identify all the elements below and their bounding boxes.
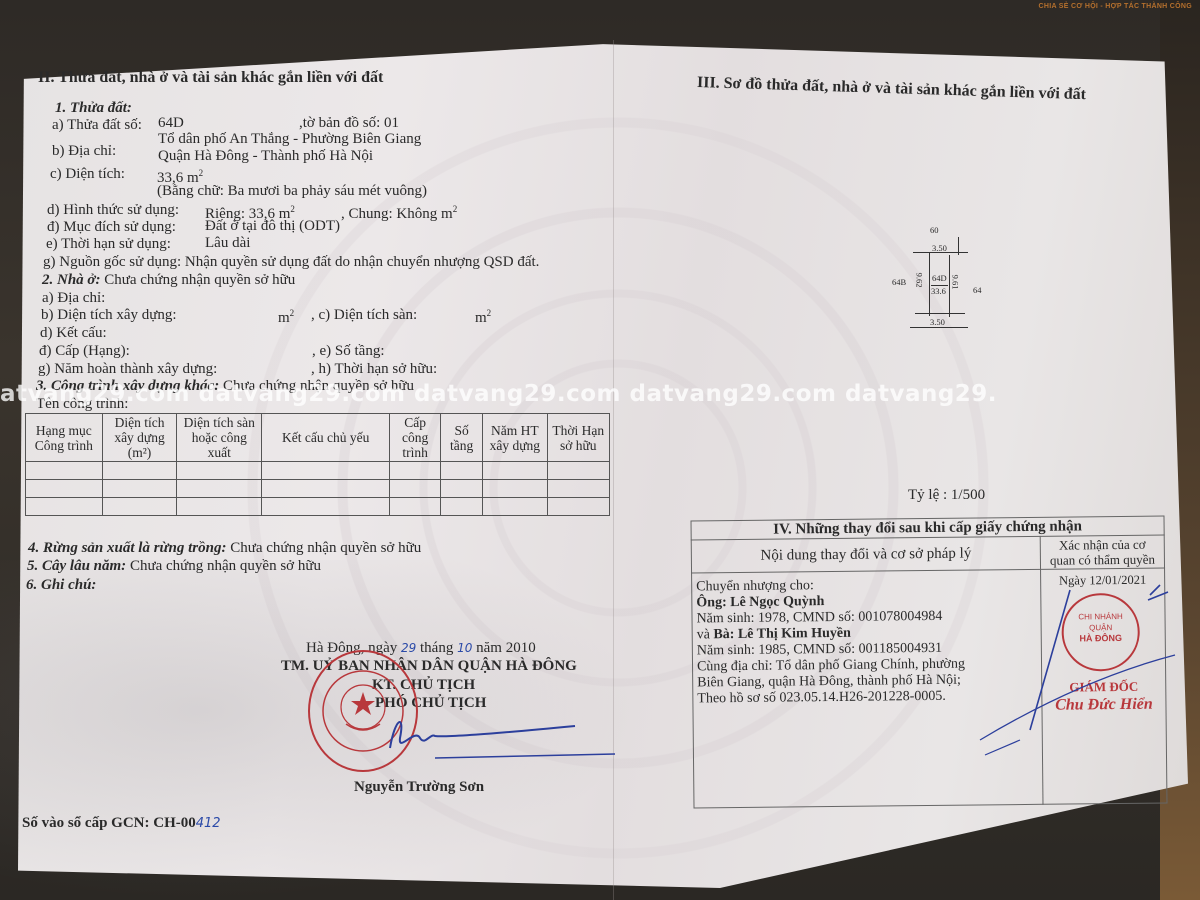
floor-area-unit: m2 xyxy=(475,305,491,327)
usage-shared: , Chung: Không m2 xyxy=(341,201,457,223)
col-authority-confirm: Xác nhận của cơ quan có thẩm quyền xyxy=(1040,535,1164,569)
works-table-cell xyxy=(390,480,441,498)
sketch-parcel-area: 33.6 xyxy=(931,286,946,296)
ownership-term-label: , h) Thời hạn sở hữu: xyxy=(311,361,437,378)
page-fold xyxy=(613,40,614,900)
build-area-label: b) Diện tích xây dựng: xyxy=(41,307,177,324)
house-line: 2. Nhà ở: Chưa chứng nhận quyền sở hữu xyxy=(42,272,295,289)
sketch-left-neighbor: 64B xyxy=(892,277,906,287)
sketch-top-neighbor: 60 xyxy=(930,225,939,235)
sketch-bottom-width: 3.50 xyxy=(930,317,945,327)
term-label: e) Thời hạn sử dụng: xyxy=(46,236,171,253)
registry-number: Số vào sổ cấp GCN: CH-00412 xyxy=(22,815,221,832)
address-label: b) Địa chỉ: xyxy=(52,143,116,160)
col-change-content: Nội dung thay đổi và cơ sở pháp lý xyxy=(691,536,1040,573)
works-table-cell xyxy=(26,462,103,480)
area-label: c) Diện tích: xyxy=(50,166,125,183)
works-table: Hạng mục Công trình Diện tích xây dựng (… xyxy=(25,413,610,516)
col-structure: Kết cấu chủ yếu xyxy=(262,414,390,462)
works-table-cell xyxy=(483,480,547,498)
map-scale: Tỷ lệ : 1/500 xyxy=(908,487,985,504)
forest-line: 4. Rừng sản xuất là rừng trồng: Chưa chứ… xyxy=(28,540,421,557)
section-ii-title: II. Thửa đất, nhà ở và tài sản khác gắn … xyxy=(38,69,383,87)
works-table-row xyxy=(26,480,610,498)
sketch-right-neighbor: 64 xyxy=(973,285,982,295)
col-build-area: Diện tích xây dựng (m²) xyxy=(102,414,177,462)
area-words: (Bằng chữ: Ba mươi ba phảy sáu mét vuông… xyxy=(157,183,427,200)
works-table-cell xyxy=(390,498,441,516)
col-grade: Cấp công trình xyxy=(390,414,441,462)
map-sheet: ,tờ bản đồ số: 01 xyxy=(299,115,399,132)
term-value: Lâu dài xyxy=(205,235,250,252)
col-ownership-term: Thời Hạn sở hữu xyxy=(547,414,609,462)
works-table-cell xyxy=(26,498,103,516)
works-table-cell xyxy=(483,462,547,480)
vice-chair-signature-icon xyxy=(360,708,620,768)
works-table-cell xyxy=(390,462,441,480)
director-signature-icon xyxy=(960,580,1180,760)
structure-label: d) Kết cấu: xyxy=(40,325,107,342)
purpose-label: đ) Mục đích sử dụng: xyxy=(47,219,176,236)
works-table-cell xyxy=(547,498,609,516)
origin-line: g) Nguồn gốc sử dụng: Nhận quyền sử dụng… xyxy=(43,254,539,271)
completion-label: g) Năm hoàn thành xây dựng: xyxy=(38,361,217,378)
usage-form-label: d) Hình thức sử dụng: xyxy=(47,202,179,219)
works-table-cell xyxy=(262,498,390,516)
land-heading: 1. Thửa đất: xyxy=(55,100,132,117)
col-category: Hạng mục Công trình xyxy=(26,414,103,462)
parcel-value: 64D xyxy=(158,115,184,132)
purpose-value: Đất ở tại đô thị (ODT) xyxy=(205,218,340,235)
signer-name: Nguyễn Trường Sơn xyxy=(354,779,484,796)
works-table-cell xyxy=(177,462,262,480)
works-table-cell xyxy=(547,480,609,498)
floor-area-label: , c) Diện tích sàn: xyxy=(311,307,417,324)
address-line2: Quận Hà Đông - Thành phố Hà Nội xyxy=(158,148,373,165)
works-table-row xyxy=(26,462,610,480)
brand-tagline: CHIA SẺ CƠ HỘI - HỢP TÁC THÀNH CÔNG xyxy=(1038,3,1192,10)
watermark-text: atvang29.com datvang29.com datvang29.com… xyxy=(0,381,1200,407)
parcel-label: a) Thửa đất số: xyxy=(52,117,142,134)
works-table-cell xyxy=(177,498,262,516)
col-floors: Số tầng xyxy=(441,414,483,462)
works-table-cell xyxy=(102,480,177,498)
house-address-label: a) Địa chỉ: xyxy=(42,290,105,307)
grade-label: đ) Cấp (Hạng): xyxy=(39,343,130,360)
works-table-header: Hạng mục Công trình Diện tích xây dựng (… xyxy=(26,414,610,462)
works-table-cell xyxy=(483,498,547,516)
works-table-cell xyxy=(26,480,103,498)
sketch-right-length: 9.61 xyxy=(950,275,960,290)
sketch-parcel-id: 64D xyxy=(932,273,947,283)
works-table-cell xyxy=(441,462,483,480)
works-table-cell xyxy=(441,480,483,498)
works-table-cell xyxy=(102,498,177,516)
build-area-unit: m2 xyxy=(278,305,294,327)
col-completion: Năm HT xây dựng xyxy=(483,414,547,462)
perennial-line: 5. Cây lâu năm: Chưa chứng nhận quyền sở… xyxy=(27,558,321,575)
works-table-row xyxy=(26,498,610,516)
notes-heading: 6. Ghi chú: xyxy=(26,577,96,594)
works-table-cell xyxy=(441,498,483,516)
col-floor-area: Diện tích sàn hoặc công xuất xyxy=(177,414,262,462)
works-table-cell xyxy=(102,462,177,480)
works-table-cell xyxy=(177,480,262,498)
address-line1: Tổ dân phố An Thắng - Phường Biên Giang xyxy=(158,131,421,148)
floors-label: , e) Số tầng: xyxy=(312,343,385,360)
sketch-left-length: 9.62 xyxy=(914,273,924,288)
parcel-sketch: 60 3.50 64B 9.62 64D 33.6 9.61 64 3.50 xyxy=(880,215,1010,335)
works-table-cell xyxy=(547,462,609,480)
works-table-cell xyxy=(262,462,390,480)
works-table-cell xyxy=(262,480,390,498)
